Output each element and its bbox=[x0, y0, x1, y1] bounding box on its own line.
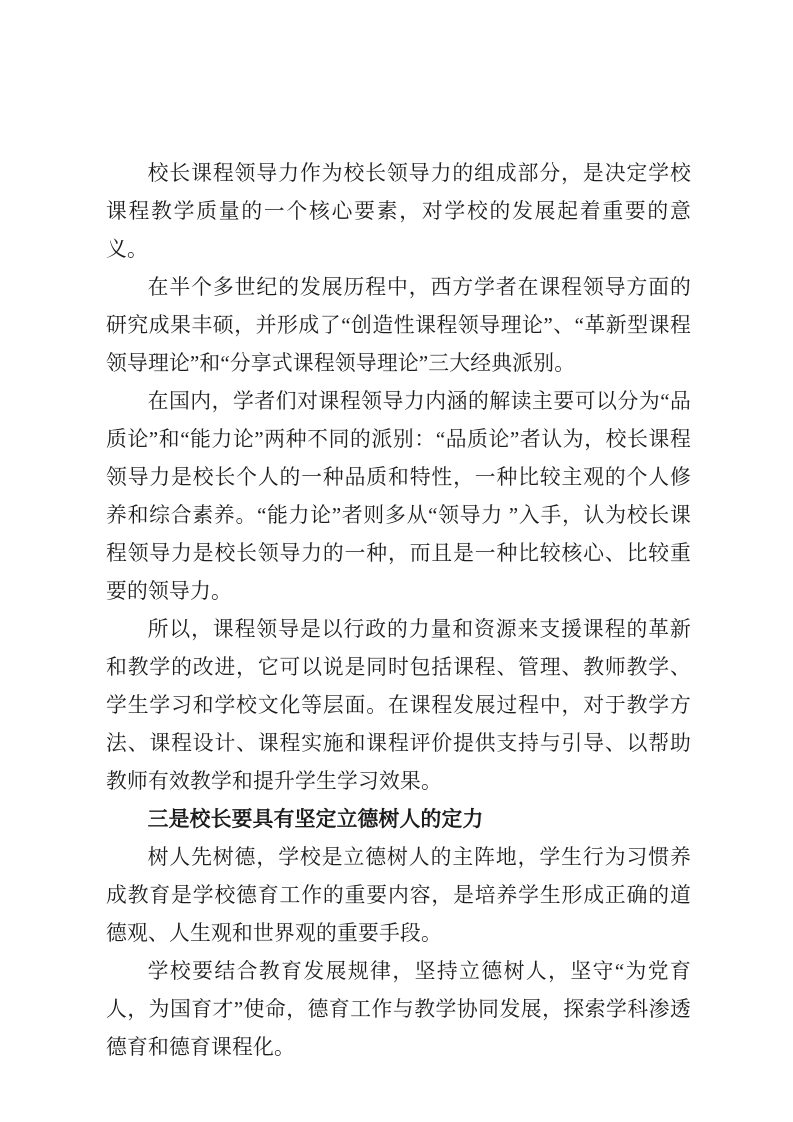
document-page: 校长课程领导力作为校长领导力的组成部分，是决定学校课程教学质量的一个核心要素，对… bbox=[0, 0, 793, 1122]
paragraph-school-moral-mission: 学校要结合教育发展规律，坚持立德树人，坚守“为党育人，为国育才”使命，德育工作与… bbox=[106, 953, 691, 1067]
paragraph-moral-education-importance: 树人先树德，学校是立德树人的主阵地，学生行为习惯养成教育是学校德育工作的重要内容… bbox=[106, 839, 691, 953]
paragraph-domestic-interpretations: 在国内，学者们对课程领导力内涵的解读主要可以分为“品质论”和“能力论”两种不同的… bbox=[106, 383, 691, 611]
document-body: 校长课程领导力作为校长领导力的组成部分，是决定学校课程教学质量的一个核心要素，对… bbox=[106, 155, 691, 1067]
section-heading-moral-education: 三是校长要具有坚定立德树人的定力 bbox=[106, 801, 691, 839]
paragraph-curriculum-leadership-definition: 所以，课程领导是以行政的力量和资源来支援课程的革新和教学的改进，它可以说是同时包… bbox=[106, 611, 691, 801]
paragraph-western-research: 在半个多世纪的发展历程中，西方学者在课程领导方面的研究成果丰硕，并形成了“创造性… bbox=[106, 269, 691, 383]
paragraph-principal-curriculum-leadership: 校长课程领导力作为校长领导力的组成部分，是决定学校课程教学质量的一个核心要素，对… bbox=[106, 155, 691, 269]
